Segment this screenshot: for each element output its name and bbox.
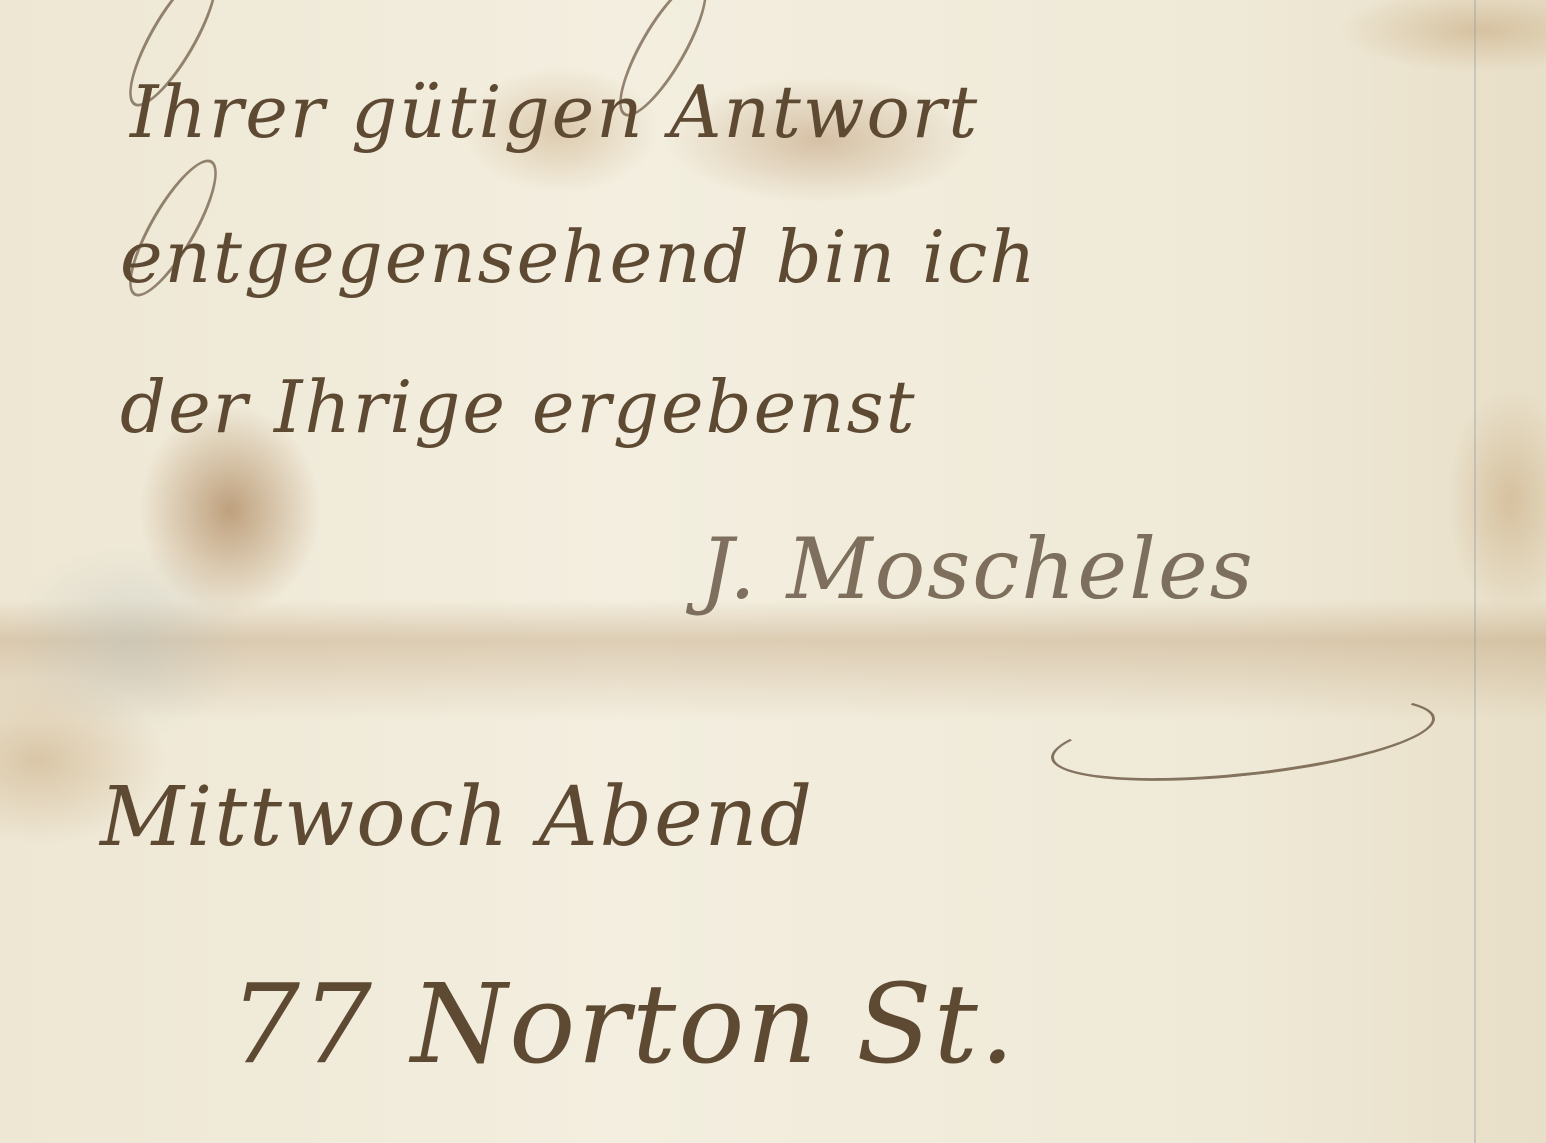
letter-line-3: der Ihrige ergebenst — [120, 365, 917, 449]
letter-line-1: Ihrer gütigen Antwort — [130, 70, 979, 154]
address: 77 Norton St. — [230, 960, 1017, 1088]
signature: J. Moscheles — [700, 520, 1255, 618]
letter-line-2: entgegensehend bin ich — [120, 215, 1038, 299]
dateline: Mittwoch Abend — [100, 770, 814, 865]
paper-fold-line — [1474, 0, 1476, 1143]
